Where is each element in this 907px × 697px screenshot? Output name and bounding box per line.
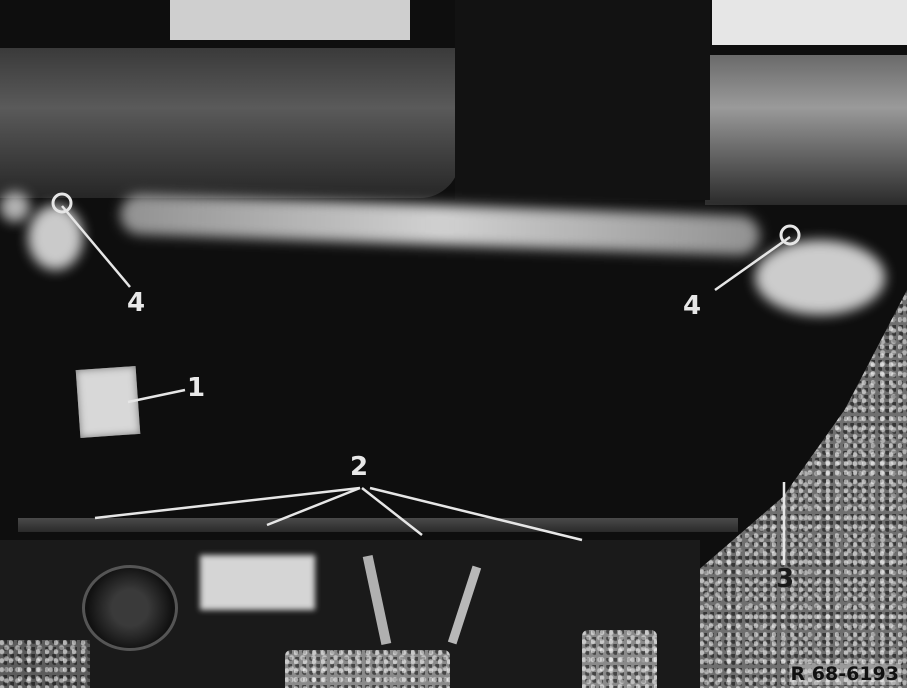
dashboard-underside-photo: 4 4 1 2 3 R 68-6193 [0,0,907,688]
page-margin [0,688,907,697]
callout-label-1: 1 [187,375,205,401]
callout-label-4-left: 4 [127,290,145,316]
figure-reference-code: R 68-6193 [789,663,901,685]
callout-label-3: 3 [776,566,794,592]
callout-label-2: 2 [350,454,368,480]
callout-leader-lines [0,0,907,688]
callout-label-4-right: 4 [683,293,701,319]
